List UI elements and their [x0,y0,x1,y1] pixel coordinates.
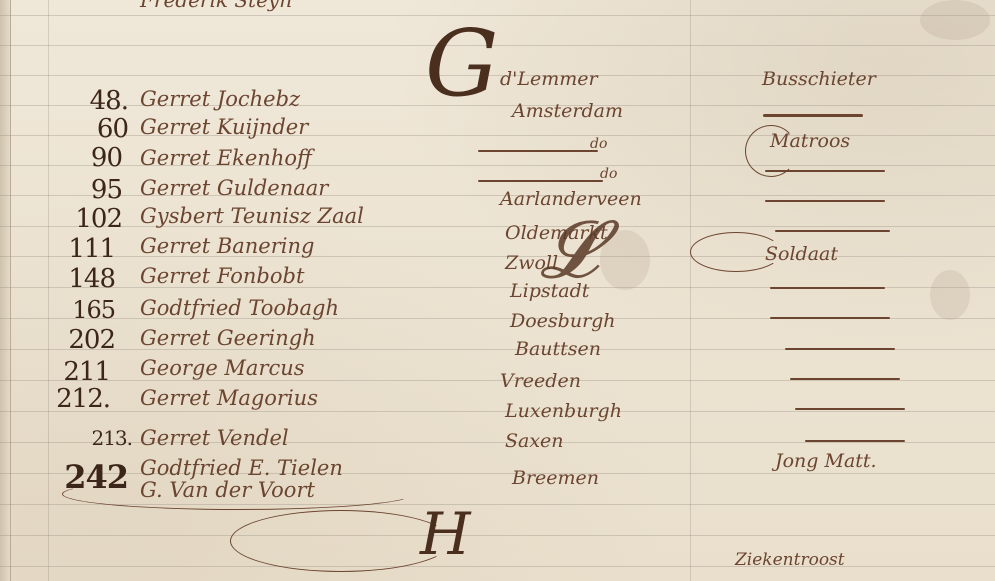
footer-partial-role: Ziekentroost [735,550,845,570]
entry-name: Gysbert Teunisz Zaal [140,204,364,228]
entry-role: Jong Matt. [775,450,877,472]
ditto-line [770,317,890,319]
flourish-ornament [62,478,414,510]
rule-line [0,411,995,412]
header-fragment: Frederik Steyn [140,0,292,12]
entry-number: 211 [40,357,110,387]
flourish-ornament [745,125,797,177]
entry-place: Breemen [512,467,599,489]
entry-name: Gerret Guldenaar [140,176,328,200]
entry-name: Gerret Geeringh [140,326,316,350]
entry-number: 213. [62,426,132,450]
entry-place: Vreeden [500,370,581,392]
entry-place: Saxen [505,430,564,452]
entry-name: Gerret Vendel [140,426,289,450]
section-initial-h: H [420,505,471,563]
entry-place: Doesburgh [510,310,616,332]
entry-role: Busschieter [762,68,876,90]
entry-number: 48. [58,86,128,116]
entry-name: Gerret Ekenhoff [140,146,312,170]
entry-name: Gerret Fonbobt [140,264,304,288]
entry-number: 102 [52,204,122,234]
ledger-page: Frederik Steyn G 48. 60 90 95 102 111 14… [0,0,995,581]
rule-line [0,380,995,381]
entry-number: 165 [45,296,115,324]
entry-name: Gerret Banering [140,234,314,258]
ink-flourish-icon: 𝓛 [540,210,598,290]
rule-line [0,535,995,536]
ditto-line [478,150,598,152]
ditto-line [765,200,885,202]
entry-name: Godtfried Toobagh [140,296,339,320]
ink-stain [920,0,990,40]
margin-line [690,0,691,581]
ditto-line [805,440,905,442]
ditto-mark: do [590,136,607,152]
ditto-line [790,378,900,380]
ditto-line [785,348,895,350]
entry-number: 212. [40,384,110,414]
ditto-line [795,408,905,410]
entry-number: 111 [45,234,115,264]
entry-place: Luxenburgh [505,400,622,422]
ditto-line [775,230,890,232]
ditto-line [770,287,885,289]
entry-number: 202 [45,325,115,355]
entry-number: 60 [58,114,128,144]
entry-place: d'Lemmer [500,68,598,90]
entry-place: Bauttsen [515,338,601,360]
flourish-ornament [690,232,782,272]
ditto-line [763,114,863,117]
section-initial-g: G [425,18,499,110]
entry-name: George Marcus [140,356,305,380]
entry-number: 148 [45,264,115,294]
entry-name: Gerret Magorius [140,386,318,410]
rule-line [0,566,995,567]
entry-number: 90 [52,143,122,173]
entry-name: Gerret Kuijnder [140,115,308,139]
entry-name: Gerret Jochebz [140,87,300,111]
entry-number: 95 [52,175,122,205]
flourish-ornament [230,510,452,572]
entry-name: Godtfried E. Tielen [140,456,343,480]
ink-stain [930,270,970,320]
entry-place: Amsterdam [512,100,623,122]
binding-edge [0,0,11,581]
ditto-mark: do [600,166,617,182]
ditto-line [478,180,603,182]
